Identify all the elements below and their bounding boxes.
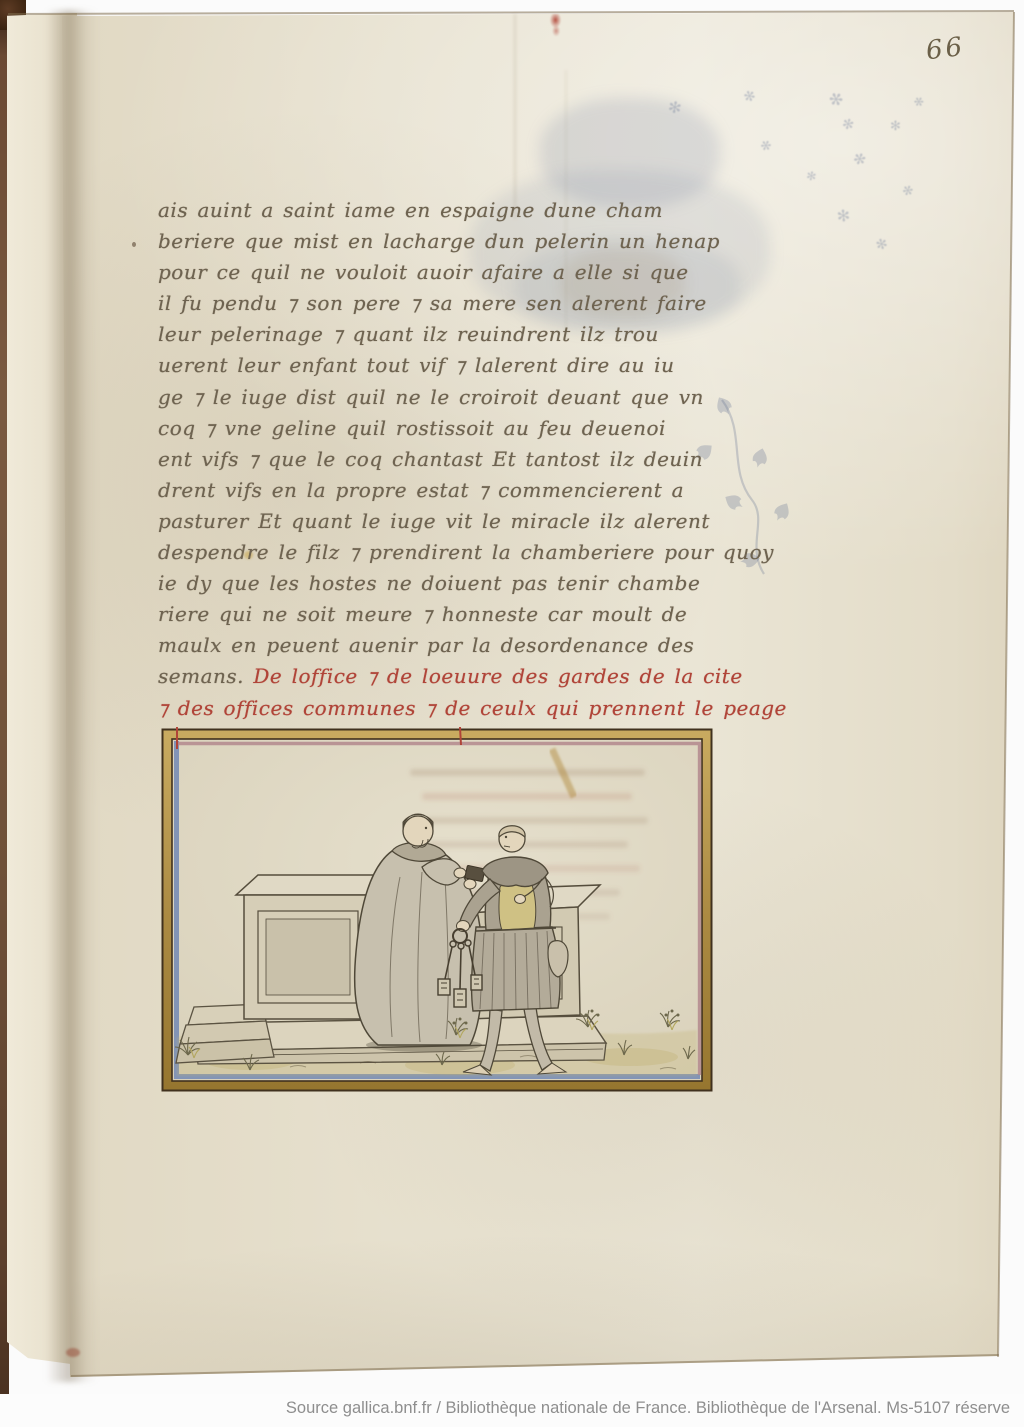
initial-showthrough: [540, 98, 720, 208]
body-text: pour ce quil ne vouloit auoir afaire a e…: [158, 260, 689, 284]
body-text: ge ⁊ le iuge dist quil ne le croiroit de…: [158, 385, 704, 409]
manuscript-line: ais auint a saint iame en espaigne dune …: [158, 198, 758, 229]
manuscript-line: maulx en peuent auenir par la desordenan…: [158, 633, 758, 664]
body-text: maulx en peuent auenir par la desordenan…: [158, 633, 694, 657]
body-text: ent vifs ⁊ que le coq chantast Et tantos…: [158, 447, 703, 471]
manuscript-text-block: ais auint a saint iame en espaigne dune …: [158, 198, 758, 727]
edge-stain: [66, 1348, 80, 1357]
body-text: riere qui ne soit meure ⁊ honneste car m…: [158, 602, 687, 626]
body-text: pasturer Et quant le iuge vit le miracle…: [158, 509, 710, 533]
body-text: beriere que mist en lacharge dun pelerin…: [158, 229, 720, 253]
footer-credit-bar: Source gallica.bnf.fr / Bibliothèque nat…: [0, 1394, 1024, 1427]
manuscript-scan: ✻✻✻✻✻✻✻✻✻✻✻✻ 66 ais auint a saint iame e…: [0, 0, 1024, 1427]
gutter-shadow: [46, 10, 98, 1382]
manuscript-line: despendre le filz ⁊ prendirent la chambe…: [158, 540, 758, 571]
judge-hand: [454, 868, 466, 878]
manuscript-line: ie dy que les hostes ne doiuent pas teni…: [158, 571, 758, 602]
rubric-descender: [460, 727, 461, 745]
manuscript-line: coq ⁊ vne geline quil rostissoit au feu …: [158, 416, 758, 447]
fleur-mark: ✻: [890, 120, 901, 133]
manuscript-line: semans. De loffice ⁊ de loeuure des gard…: [158, 664, 758, 695]
body-text: ais auint a saint iame en espaigne dune …: [158, 198, 663, 222]
footer-credit-text: Source gallica.bnf.fr / Bibliothèque nat…: [286, 1399, 1010, 1418]
manuscript-line: il fu pendu ⁊ son pere ⁊ sa mere sen ale…: [158, 291, 758, 322]
body-text: leur pelerinage ⁊ quant ilz reuindrent i…: [158, 322, 659, 346]
body-text: il fu pendu ⁊ son pere ⁊ sa mere sen ale…: [158, 291, 707, 315]
body-text: despendre le filz ⁊ prendirent la chambe…: [158, 540, 774, 564]
ink-speck: [132, 242, 136, 247]
manuscript-line: riere qui ne soit meure ⁊ honneste car m…: [158, 602, 758, 633]
manuscript-line: beriere que mist en lacharge dun pelerin…: [158, 229, 758, 260]
miniature-painting: [160, 727, 714, 1093]
manuscript-line: drent vifs en la propre estat ⁊ commenci…: [158, 478, 758, 509]
rubric-text: De loffice ⁊ de loeuure des gardes de la…: [253, 664, 742, 688]
yellow-doublet: [499, 879, 536, 930]
folio-number: 66: [924, 32, 966, 67]
fleur-mark: ✻: [667, 99, 683, 117]
body-text: ie dy que les hostes ne doiuent pas teni…: [158, 571, 700, 595]
rubric-text: ⁊ des offices communes ⁊ de ceulx qui pr…: [158, 696, 787, 720]
body-text: uerent leur enfant tout vif ⁊ lalerent d…: [158, 353, 674, 377]
manuscript-line: ent vifs ⁊ que le coq chantast Et tantos…: [158, 447, 758, 478]
manuscript-line: uerent leur enfant tout vif ⁊ lalerent d…: [158, 353, 758, 384]
keeper-hand: [515, 895, 526, 904]
judge-hand: [464, 879, 476, 889]
manuscript-line: pasturer Et quant le iuge vit le miracle…: [158, 509, 758, 540]
manuscript-line: ⁊ des offices communes ⁊ de ceulx qui pr…: [158, 696, 758, 727]
manuscript-line: ge ⁊ le iuge dist quil ne le croiroit de…: [158, 385, 758, 416]
body-text: semans.: [158, 664, 253, 688]
judge-head: [403, 816, 433, 846]
body-text: drent vifs en la propre estat ⁊ commenci…: [158, 478, 684, 502]
manuscript-line: leur pelerinage ⁊ quant ilz reuindrent i…: [158, 322, 758, 353]
red-stain: [549, 14, 562, 38]
manuscript-line: pour ce quil ne vouloit auoir afaire a e…: [158, 260, 758, 291]
body-text: coq ⁊ vne geline quil rostissoit au feu …: [158, 416, 666, 440]
